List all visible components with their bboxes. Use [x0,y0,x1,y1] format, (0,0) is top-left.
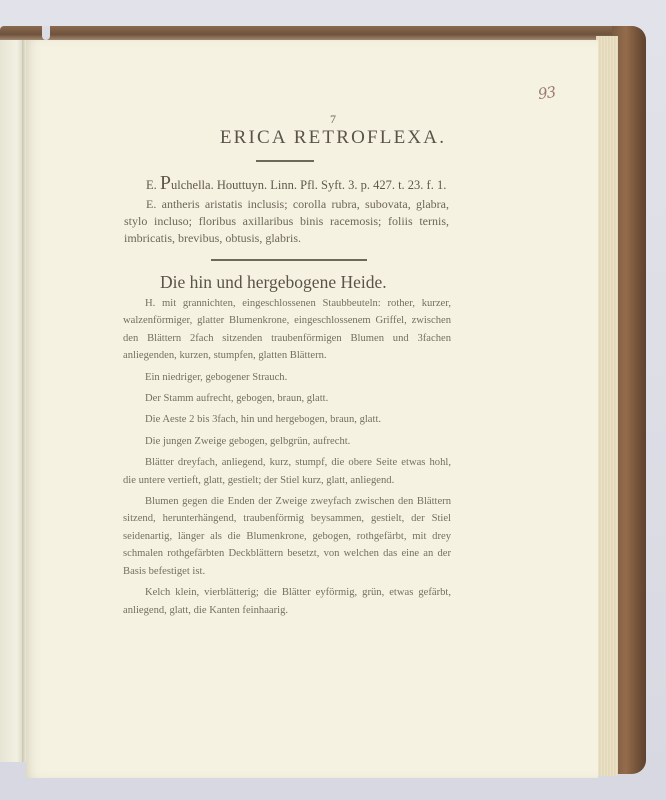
german-paragraph-flowers: Blumen gegen die Enden der Zweige zweyfa… [123,493,451,580]
german-description: H. mit grannichten, eingeschlossenen Sta… [123,295,451,619]
german-paragraph-branches: Die Aeste 2 bis 3fach, hin und hergeboge… [123,411,451,428]
latin-description-text: E. antheris aristatis inclusis; corolla … [124,196,449,247]
german-paragraph-calyx: Kelch klein, vierblätterig; die Blätter … [123,584,451,619]
book-cover-top-edge [0,26,640,40]
title-divider [256,160,314,162]
page-number: 7 [0,112,666,127]
german-paragraph-stem: Der Stamm aufrecht, gebogen, braun, glat… [123,390,451,407]
handwritten-folio-number: 93 [537,83,556,103]
german-paragraph-diagnosis: H. mit grannichten, eingeschlossenen Sta… [123,295,451,365]
german-paragraph-leaves: Blätter dreyfach, anliegend, kurz, stump… [123,454,451,489]
german-paragraph-habit: Ein niedriger, gebogener Strauch. [123,369,451,386]
german-common-name-heading: Die hin und hergebogene Heide. [0,272,666,293]
synonym-citation: E. Pulchella. Houttuyn. Linn. Pfl. Syft.… [146,172,446,195]
section-divider [211,259,367,261]
synonym-drop-letter: P [160,172,171,194]
german-paragraph-twigs: Die jungen Zweige gebogen, gelbgrün, auf… [123,433,451,450]
page-title: ERICA RETROFLEXA. [0,127,666,149]
synonym-text: ulchella. Houttuyn. Linn. Pfl. Syft. 3. … [171,178,446,192]
latin-description: E. antheris aristatis inclusis; corolla … [124,196,449,247]
synonym-genus-initial: E. [146,178,157,192]
cover-notch [42,26,50,40]
